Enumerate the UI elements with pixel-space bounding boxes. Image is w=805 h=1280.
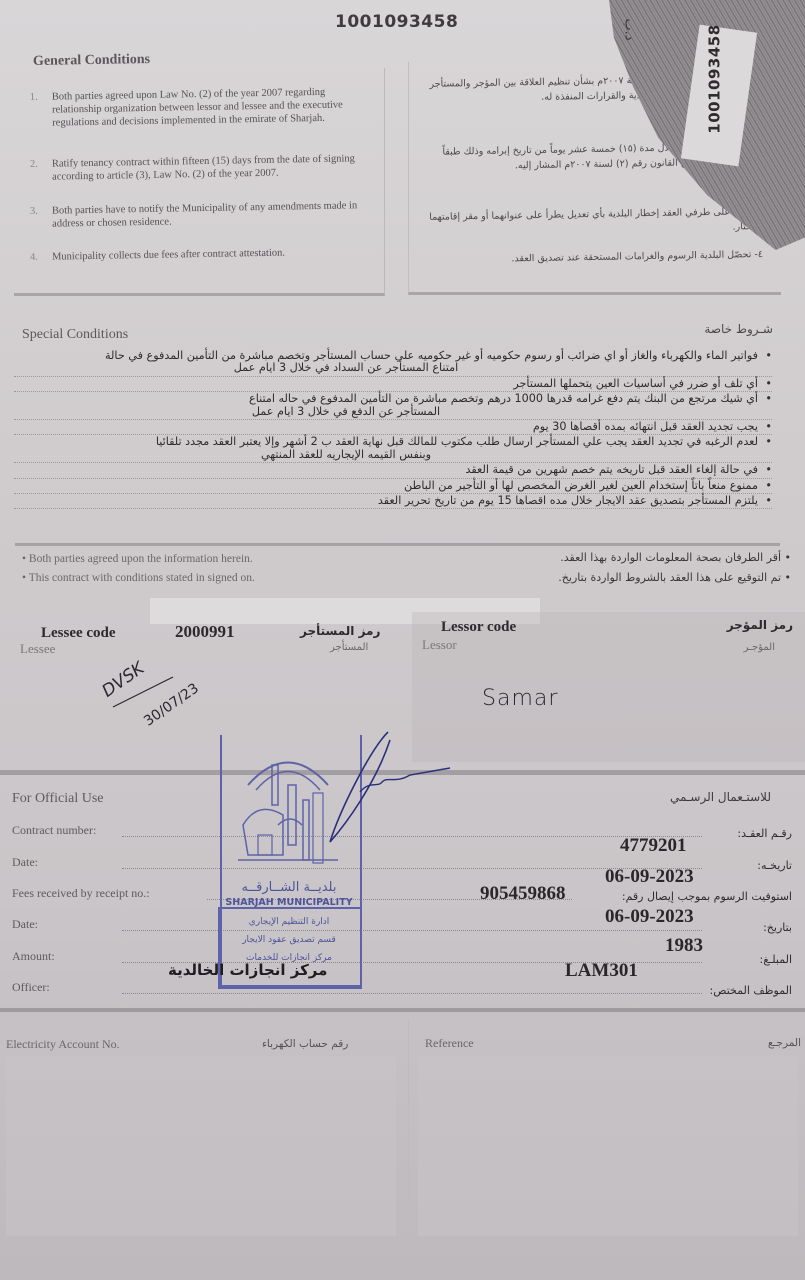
lessee-code-label: Lessee code: [41, 625, 116, 642]
officer-value: LAM301: [565, 960, 638, 982]
amount-value: 1983: [665, 935, 703, 957]
receipt-date-value: 06-09-2023: [605, 906, 694, 928]
special-conditions-title-en: Special Conditions: [22, 327, 128, 343]
stub-number: 1001093458: [706, 24, 724, 133]
special-condition-item: أي تلف أو ضرر في أساسيات العين يتحملها ا…: [14, 377, 772, 392]
general-condition-ar-3: ٣- يجب على طرفي العقد إخطار البلدية بأي …: [423, 204, 763, 240]
officer-row: Officer: الموظف المختص:: [12, 978, 792, 998]
general-condition-ar-4: ٤- تحصّل البلدية الرسوم والغرامات المستح…: [423, 247, 763, 268]
agreement-ar-2: • تم التوقيع على هذا العقد بالشروط الوار…: [411, 571, 791, 584]
agreement-en-1: • Both parties agreed upon the informati…: [22, 553, 402, 565]
officer-signature: [300, 730, 460, 860]
special-conditions-list: فواتير الماء والكهرباء والغاز أو اي ضرائ…: [14, 349, 772, 509]
general-condition-en-4: 4. Municipality collects due fees after …: [32, 245, 372, 264]
contract-date-value: 06-09-2023: [605, 866, 694, 888]
stamp-line-2: قسم تصديق عقود الايجار: [220, 935, 358, 945]
special-condition-item: يلتزم المستأجر بتصديق عقد الايجار خلال م…: [14, 494, 772, 509]
special-condition-item: ممنوع منعاً باتاً إستخدام العين لغير الغ…: [14, 479, 772, 494]
lessee-label: Lessee: [20, 641, 55, 657]
document-number: 1001093458: [335, 12, 458, 32]
general-conditions-en: 1. Both parties agreed upon Law No. (2) …: [14, 68, 385, 296]
electricity-account-label: Electricity Account No.: [6, 1037, 120, 1052]
reference-label-ar: المرجـع: [768, 1037, 801, 1049]
general-condition-en-2: 2. Ratify tenancy contract within fiftee…: [32, 152, 372, 184]
lessee-code-value: 2000991: [175, 622, 235, 642]
general-condition-en-3: 3. Both parties have to notify the Munic…: [32, 199, 372, 231]
lessee-code-label-ar: رمز المستأجر: [300, 624, 380, 638]
lessor-signature: Samar: [482, 686, 558, 711]
special-condition-item: أي شيك مرتجع من البنك يتم دفع غرامه قدره…: [14, 392, 772, 420]
lessor-label: Lessor: [422, 637, 457, 653]
lessor-label-ar: المؤجـر: [744, 642, 775, 653]
stamp-line-1: ادارة التنظيم الإيجاري: [220, 917, 358, 927]
lessee-label-ar: المستأجر: [330, 642, 368, 653]
special-condition-item: فواتير الماء والكهرباء والغاز أو اي ضرائ…: [14, 349, 772, 377]
official-use-title-en: For Official Use: [12, 791, 104, 807]
official-use-title-ar: للاستـعمال الرسـمي: [670, 790, 771, 804]
stamp-center-name: مركز انجازات الخالدية: [168, 961, 327, 979]
divider: [0, 1008, 805, 1012]
divider: [408, 1020, 409, 1235]
general-condition-en-1: 1. Both parties agreed upon Law No. (2) …: [32, 85, 373, 130]
special-conditions-title-ar: شـروط خاصة: [704, 322, 773, 336]
special-condition-item: في حالة إلغاء العقد قبل تاريخه يتم خصم ش…: [14, 463, 772, 478]
special-condition-item: يجب تجديد العقد قبل انتهائه بمده أقصاها …: [14, 420, 772, 435]
stub-mark: د.ب: [622, 18, 637, 40]
electricity-account-field: [6, 1056, 396, 1236]
electricity-account-label-ar: رقم حساب الكهرباء: [262, 1038, 348, 1050]
special-condition-item: لعدم الرغبه في تجديد العقد يجب علي المست…: [14, 435, 772, 463]
reference-label: Reference: [425, 1036, 474, 1051]
agreement-ar-1: • أقر الطرفان بصحة المعلومات الواردة بهذ…: [411, 551, 791, 564]
contract-number-value: 4779201: [620, 835, 687, 857]
agreement-en-2: • This contract with conditions stated i…: [22, 572, 402, 584]
lessor-code-label: Lessor code: [441, 619, 516, 636]
stamp-name-ar: بلديــة الشــارقــه: [220, 880, 358, 895]
lessor-code-label-ar: رمز المؤجر: [727, 618, 793, 632]
receipt-number-value: 905459868: [480, 883, 566, 905]
reference-field: [418, 1056, 798, 1236]
special-conditions-box: فواتير الماء والكهرباء والغاز أو اي ضرائ…: [15, 343, 780, 546]
